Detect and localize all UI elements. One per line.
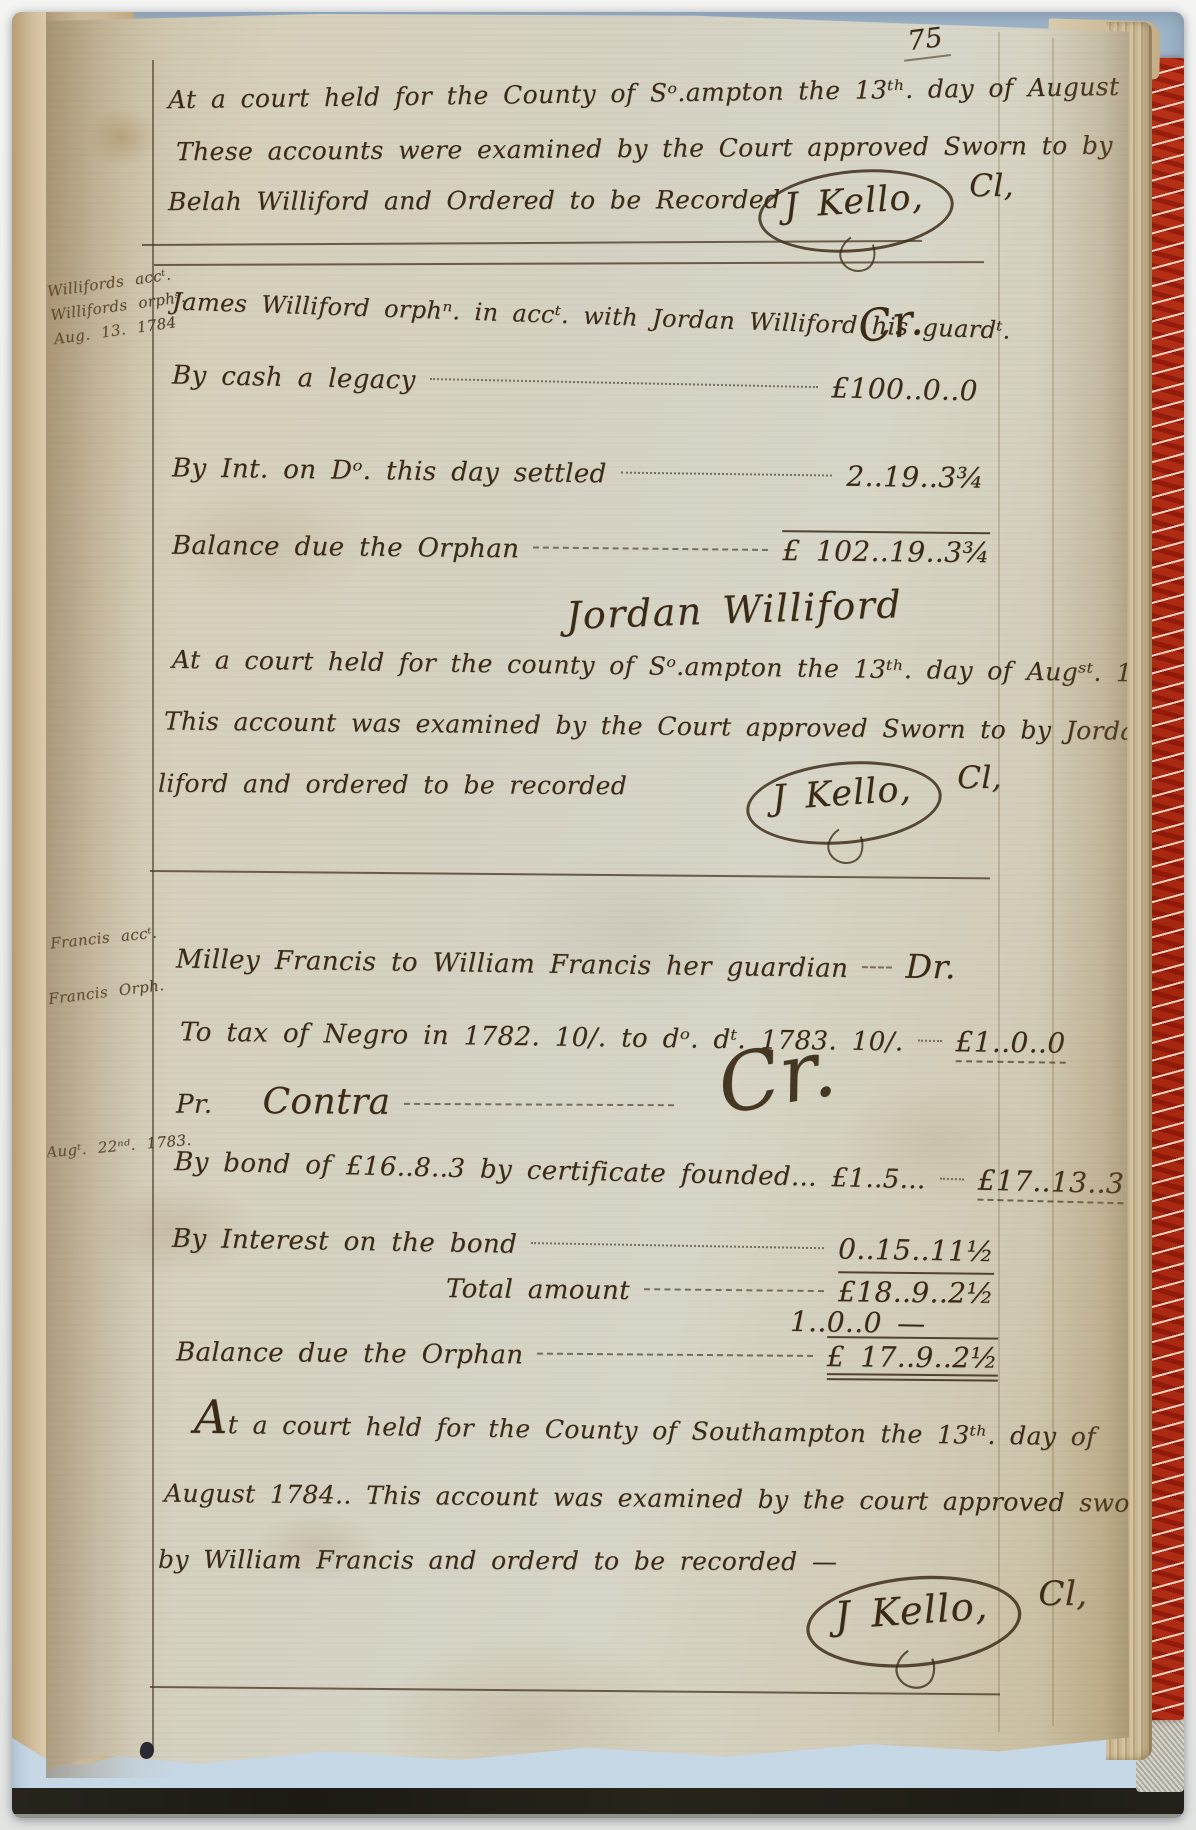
certification1-line1: At a court held for the County of Sᵒ.amp… (168, 71, 1184, 115)
certification2-line3: liford and ordered to be recorded (158, 769, 627, 800)
clerk-signature: J Kello, Cl, (806, 1570, 1033, 1662)
dotted-leader (621, 472, 833, 477)
margin-note-line: Augᵗ. 22ⁿᵈ. 1783. (45, 1128, 192, 1165)
account-row: By cash a legacy £100..0..0 (172, 358, 979, 408)
row-label: By bond of £16..8..3 by certificate foun… (174, 1147, 926, 1195)
heading-label: Milley Francis to William Francis her gu… (176, 945, 849, 984)
margin-note-williford: Willifords accᵗ. Willifords orphˢ. Aug. … (46, 261, 191, 351)
account-row: By bond of £16..8..3 by certificate foun… (174, 1144, 993, 1201)
dotted-leader (940, 1178, 964, 1181)
credit-label-flourish: Cr. (711, 1021, 843, 1133)
row-amount: £ 17..9..2½ (827, 1336, 999, 1381)
contra-prefix: Pr. (176, 1090, 213, 1120)
row-amount: £1..0..0 (955, 1025, 1066, 1064)
margin-note-line: Francis Orph. (47, 973, 166, 1011)
dotted-leader (531, 1242, 824, 1249)
orphan-guardian-signature: Jordan Williford (565, 582, 903, 638)
clerk-title: Cl, (969, 168, 1014, 204)
row-amount: 2..19..3¾ (846, 460, 984, 495)
dashed-leader (404, 1103, 674, 1106)
row-label: By Int. on Dᵒ. this day settled (172, 453, 607, 489)
row-label: Total amount (446, 1274, 630, 1306)
bottom-rule (150, 1686, 1000, 1695)
carryover-amount: 1..0..0 — (790, 1305, 926, 1340)
dashed-leader (644, 1288, 824, 1292)
margin-note-francis: Francis Orph. (47, 973, 166, 1011)
account-row: Balance due the Orphan £ 102..19..3¾ (172, 524, 990, 570)
contra-label: Contra (262, 1081, 390, 1123)
row-label: By Interest on the bond (172, 1224, 518, 1260)
certification2-line2: This account was examined by the Court a… (164, 706, 1184, 746)
margin-note-date: Augᵗ. 22ⁿᵈ. 1783. (45, 1128, 192, 1165)
page-fold-line (1052, 38, 1054, 1726)
row-label: By cash a legacy (172, 361, 416, 396)
balance-row: Balance due the Orphan £ 17..9..2½ (176, 1330, 998, 1381)
contra-heading: Pr. Contra (176, 1081, 688, 1125)
dashed-leader (862, 966, 891, 968)
section-divider (150, 870, 990, 879)
table-edge (12, 1788, 1184, 1814)
row-amount: 0..15..11½ (838, 1232, 994, 1268)
manuscript-page: 75 At a court held for the County of Sᵒ.… (46, 14, 1129, 1776)
row-amount: £ 102..19..3¾ (782, 530, 990, 569)
credit-label: Cr. (855, 294, 927, 354)
page-fold-line (998, 32, 1000, 1732)
clerk-signature: J Kello, Cl, (758, 164, 964, 248)
debit-label: Dr. (905, 947, 956, 987)
dashed-leader (533, 547, 768, 551)
clerk-title: Cl, (1038, 1574, 1087, 1614)
certification1-line3: Belah Williford and Ordered to be Record… (168, 185, 781, 216)
dotted-leader (430, 378, 818, 388)
dotted-leader (918, 1040, 942, 1042)
row-amount: £17..13..3 (977, 1164, 1124, 1205)
clerk-signature: J Kello, Cl, (746, 756, 952, 840)
row-label: Balance due the Orphan (172, 531, 520, 565)
manuscript-photo: 75 At a court held for the County of Sᵒ.… (12, 12, 1184, 1818)
certification3-line2: August 1784.. This account was examined … (164, 1479, 1184, 1519)
clerk-title: Cl, (957, 760, 1002, 796)
dashed-leader (537, 1353, 812, 1357)
margin-note-francis: Francis accᵗ. (49, 920, 158, 955)
certification3-line1: At a court held for the County of Southa… (194, 1410, 1096, 1452)
account-row: By Int. on Dᵒ. this day settled 2..19..3… (172, 450, 984, 494)
photo-frame: 75 At a court held for the County of Sᵒ.… (0, 0, 1196, 1830)
row-amount: £100..0..0 (831, 371, 978, 407)
certification3-line3: by William Francis and orderd to be reco… (158, 1545, 837, 1576)
account-row: To tax of Negro in 1782. 10/. to dᵒ. dᵗ.… (180, 1014, 986, 1062)
row-label: Balance due the Orphan (176, 1337, 524, 1370)
margin-note-line: Francis accᵗ. (49, 920, 158, 955)
certification2-line1: At a court held for the county of Sᵒ.amp… (172, 645, 1184, 688)
francis-account-heading: Milley Francis to William Francis her gu… (176, 937, 956, 987)
page-number: 75 (900, 21, 951, 61)
total-row: Total amount £18..9..2½ (446, 1267, 994, 1310)
row-amount: £18..9..2½ (838, 1271, 994, 1310)
certification1-line2: These accounts were examined by the Cour… (176, 131, 1113, 167)
account-row: By Interest on the bond 0..15..11½ (172, 1221, 994, 1268)
